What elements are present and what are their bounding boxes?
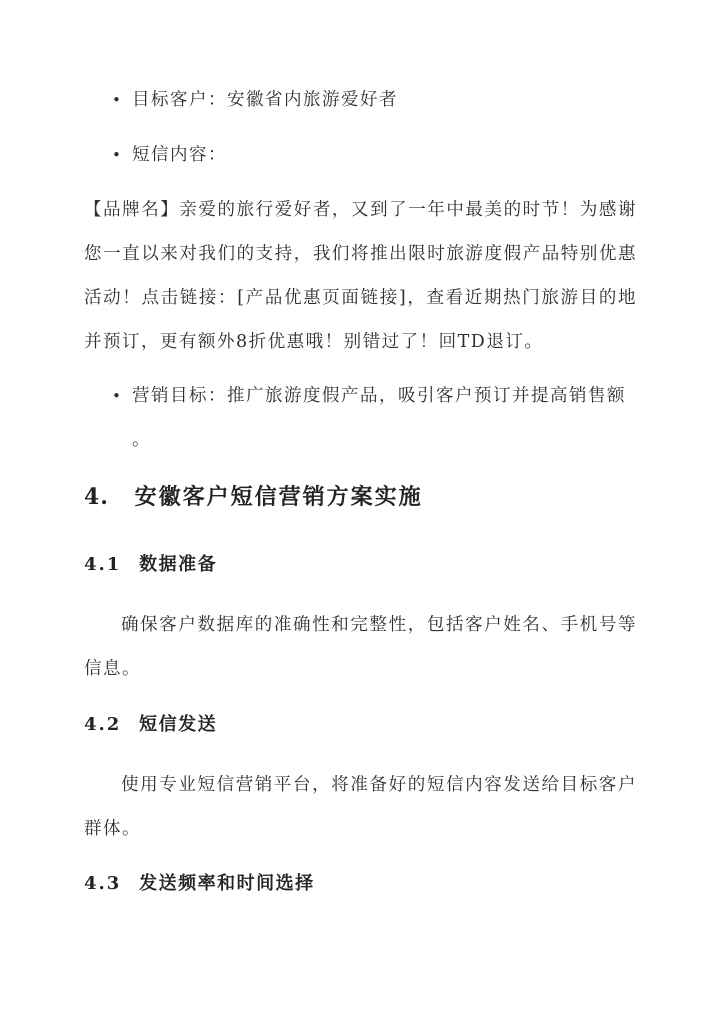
subsection-number: 4.3 xyxy=(84,873,121,894)
subsection-heading-frequency-timing: 4.3 发送频率和时间选择 xyxy=(84,869,637,899)
subsection-title: 发送频率和时间选择 xyxy=(139,873,315,894)
subsection-body-data-prep: 确保客户数据库的准确性和完整性，包括客户姓名、手机号等信息。 xyxy=(84,603,637,691)
list-item-target-customer: • 目标客户：安徽省内旅游爱好者 xyxy=(84,78,637,122)
bullet-icon: • xyxy=(112,374,132,418)
chapter-number: 4. xyxy=(84,484,109,510)
subsection-number: 4.2 xyxy=(84,714,121,735)
bullet-icon: • xyxy=(112,133,132,177)
subsection-heading-data-prep: 4.1 数据准备 xyxy=(84,550,637,580)
subsection-heading-sms-send: 4.2 短信发送 xyxy=(84,710,637,740)
list-item-marketing-goal: • 营销目标：推广旅游度假产品，吸引客户预订并提高销售额。 xyxy=(84,374,637,462)
subsection-title: 数据准备 xyxy=(139,554,217,575)
document-content: • 目标客户：安徽省内旅游爱好者 • 短信内容： 【品牌名】亲爱的旅行爱好者，又… xyxy=(84,0,637,914)
subsection-title: 短信发送 xyxy=(139,714,217,735)
bullet-icon: • xyxy=(112,78,132,122)
chapter-heading: 4. 安徽客户短信营销方案实施 xyxy=(84,482,637,512)
chapter-title: 安徽客户短信营销方案实施 xyxy=(135,484,423,510)
list-item-label: 短信内容： xyxy=(132,133,637,177)
list-item-sms-content: • 短信内容： xyxy=(84,133,637,177)
sms-message-paragraph: 【品牌名】亲爱的旅行爱好者，又到了一年中最美的时节！为感谢您一直以来对我们的支持… xyxy=(84,188,637,364)
subsection-body-sms-send: 使用专业短信营销平台，将准备好的短信内容发送给目标客户群体。 xyxy=(84,763,637,851)
list-item-label: 目标客户：安徽省内旅游爱好者 xyxy=(132,78,637,122)
document-page: • 目标客户：安徽省内旅游爱好者 • 短信内容： 【品牌名】亲爱的旅行爱好者，又… xyxy=(0,0,720,1017)
subsection-number: 4.1 xyxy=(84,554,121,575)
list-item-label: 营销目标：推广旅游度假产品，吸引客户预订并提高销售额。 xyxy=(132,374,637,462)
